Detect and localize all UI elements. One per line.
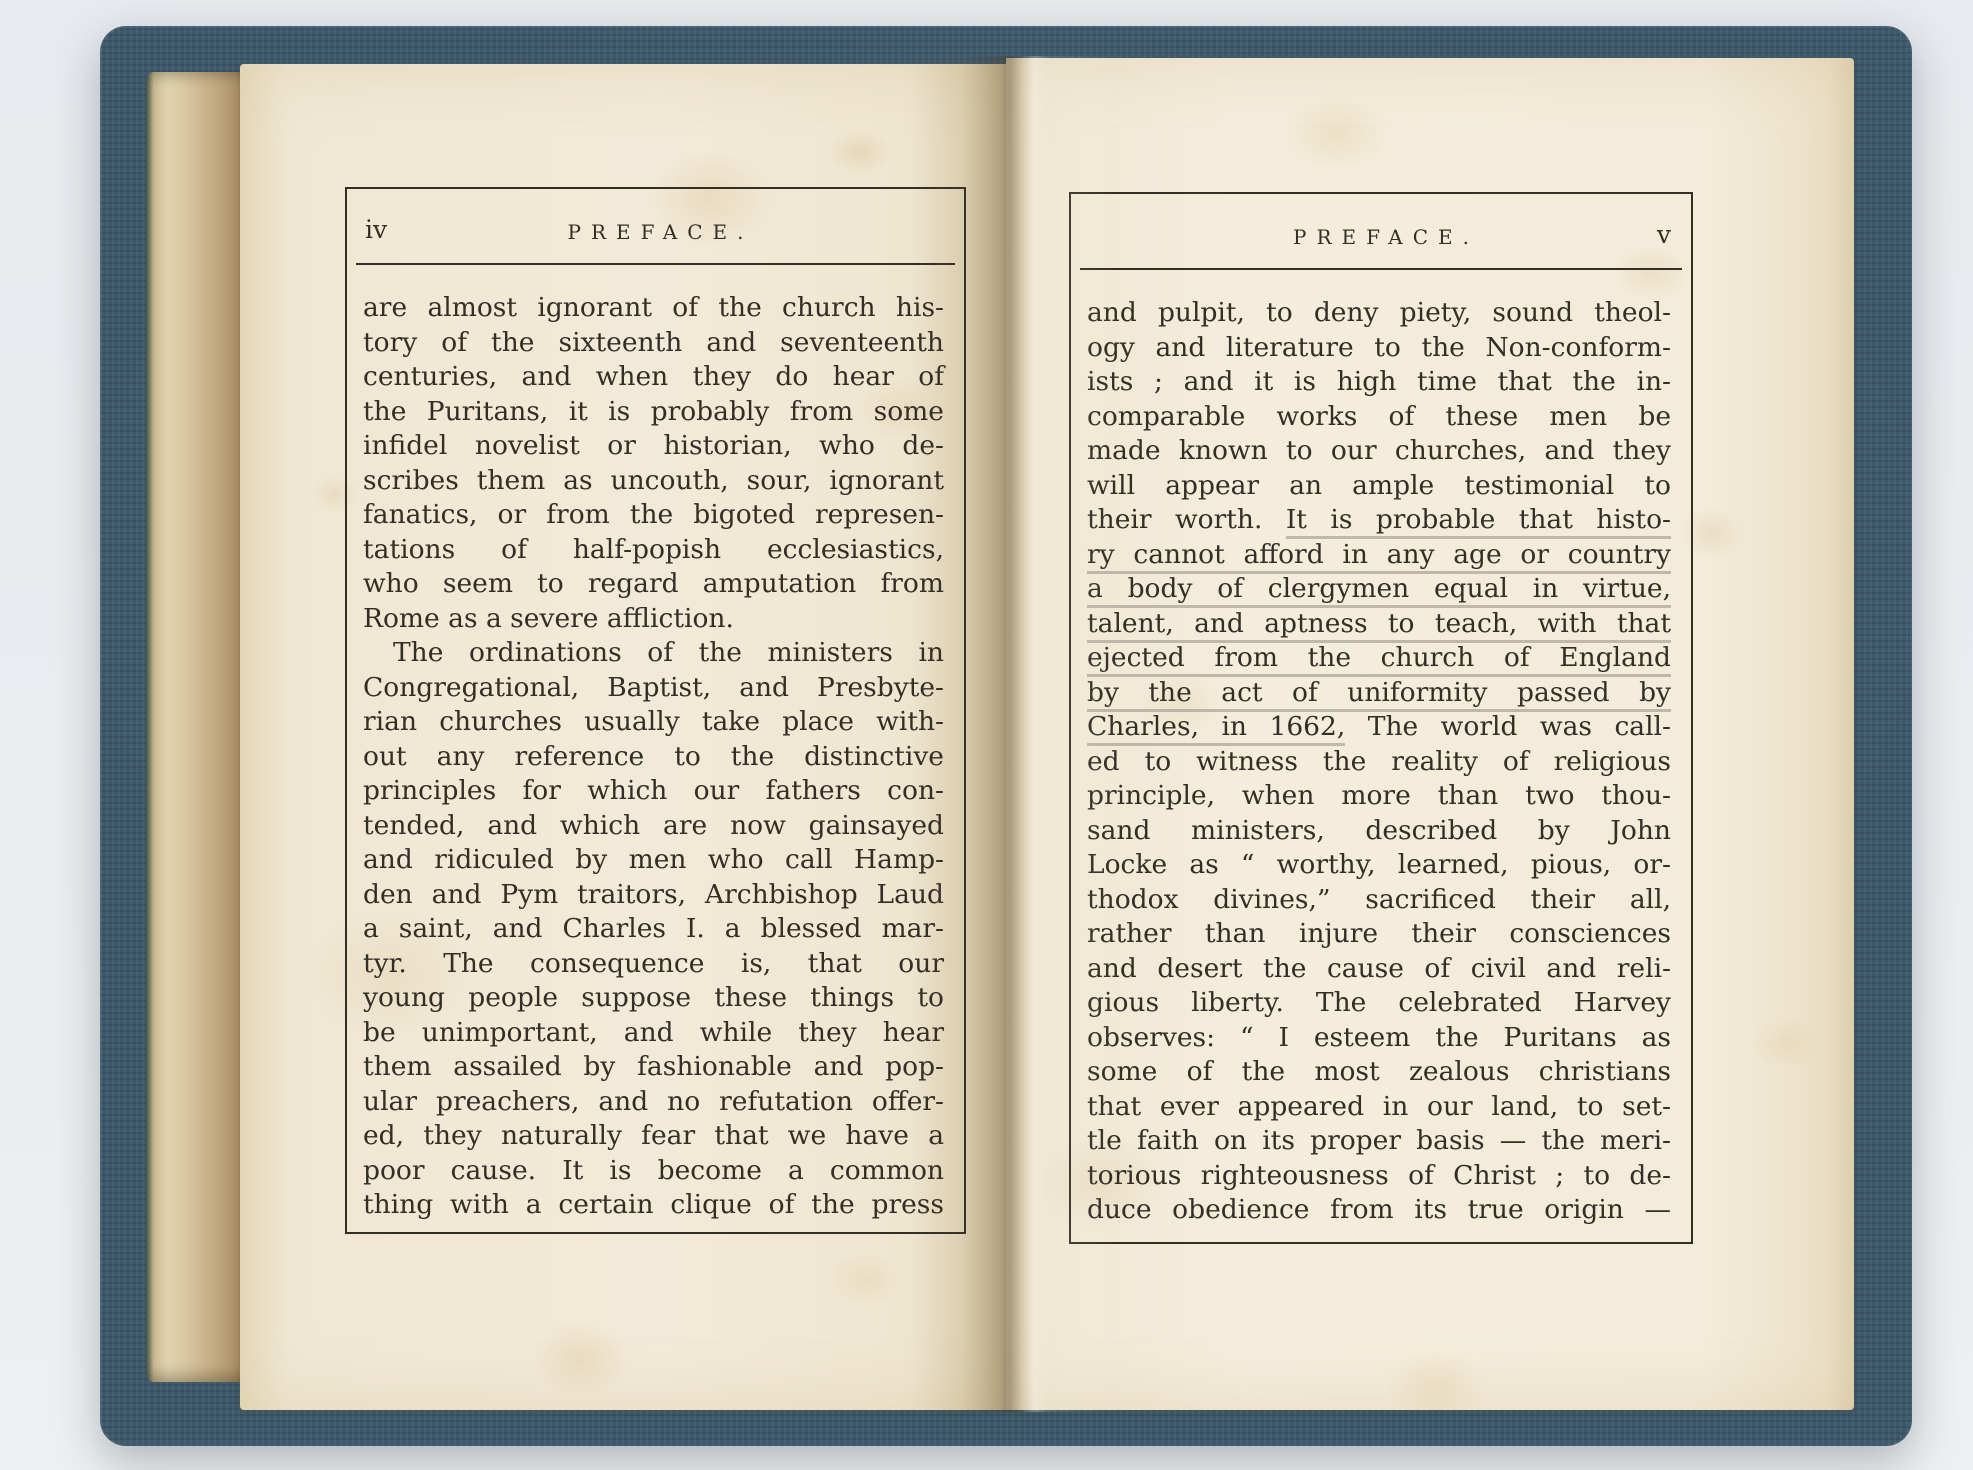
text-line: principles for which our fathers con- [363, 774, 944, 809]
text-line: tended, and which are now gainsayed [363, 809, 944, 844]
right-page-text: and pulpit, to deny piety, sound theol-o… [1071, 270, 1691, 1228]
text-line: Charles, in 1662, The world was call- [1087, 710, 1671, 745]
pencil-underlined-text: Charles, in 1662, [1087, 711, 1345, 746]
left-page-header: iv PREFACE. [347, 189, 964, 263]
text-line: young people suppose these things to [363, 981, 944, 1016]
text-line: will appear an ample testimonial to [1087, 469, 1671, 504]
text-line: Rome as a severe affliction. [363, 602, 944, 637]
pencil-underlined-text: by the act of uniformity passed by [1087, 677, 1671, 712]
photo-background: iv PREFACE. are almost ignorant of the c… [0, 0, 1973, 1470]
pencil-underlined-text: It is probable that histo- [1286, 504, 1671, 539]
text-line: who seem to regard amputation from [363, 567, 944, 602]
text-line: them assailed by fashionable and pop- [363, 1050, 944, 1085]
running-title: PREFACE. [347, 220, 964, 244]
text-line: principle, when more than two thou- [1087, 779, 1671, 814]
text-line: duce obedience from its true origin — [1087, 1193, 1671, 1228]
pencil-underlined-text: a body of clergymen equal in virtue, [1087, 573, 1671, 608]
text-line: fanatics, or from the bigoted represen- [363, 498, 944, 533]
right-text-frame: PREFACE. v and pulpit, to deny piety, so… [1069, 192, 1693, 1244]
text-line: made known to our churches, and they [1087, 434, 1671, 469]
text-line: tory of the sixteenth and seventeenth [363, 326, 944, 361]
right-page: PREFACE. v and pulpit, to deny piety, so… [1006, 58, 1854, 1410]
text-line: Congregational, Baptist, and Presbyte- [363, 671, 944, 706]
pencil-underlined-text: ry cannot afford in any age or country [1087, 539, 1671, 574]
page-number: v [1657, 222, 1671, 247]
text-line: ejected from the church of England [1087, 641, 1671, 676]
text-line: ry cannot afford in any age or country [1087, 538, 1671, 573]
book-cover: iv PREFACE. are almost ignorant of the c… [100, 26, 1912, 1446]
text-line: by the act of uniformity passed by [1087, 676, 1671, 711]
text-line: are almost ignorant of the church his- [363, 291, 944, 326]
pencil-underlined-text: talent, and aptness to teach, with that [1087, 608, 1671, 643]
text-line: a saint, and Charles I. a blessed mar- [363, 912, 944, 947]
text-line: a body of clergymen equal in virtue, [1087, 572, 1671, 607]
text-line: be unimportant, and while they hear [363, 1016, 944, 1051]
text-line: that ever appeared in our land, to set- [1087, 1090, 1671, 1125]
text-line: den and Pym traitors, Archbishop Laud [363, 878, 944, 913]
text-line: infidel novelist or historian, who de- [363, 429, 944, 464]
text-line: ed, they naturally fear that we have a [363, 1119, 944, 1154]
right-page-header: PREFACE. v [1071, 194, 1691, 268]
left-page: iv PREFACE. are almost ignorant of the c… [240, 64, 1006, 1410]
left-page-text: are almost ignorant of the church his-to… [347, 265, 964, 1223]
pencil-underlined-text: ejected from the church of England [1087, 642, 1671, 677]
text-line: some of the most zealous christians [1087, 1055, 1671, 1090]
text-line: out any reference to the distinctive [363, 740, 944, 775]
text-line: observes: “ I esteem the Puritans as [1087, 1021, 1671, 1056]
text-line: sand ministers, described by John [1087, 814, 1671, 849]
text-line: comparable works of these men be [1087, 400, 1671, 435]
text-line: tyr. The consequence is, that our [363, 947, 944, 982]
text-line: thing with a certain clique of the press [363, 1188, 944, 1223]
text-line: and desert the cause of civil and reli- [1087, 952, 1671, 987]
text-line: The ordinations of the ministers in [363, 636, 944, 671]
text-line: Locke as “ worthy, learned, pious, or- [1087, 848, 1671, 883]
text-line: ed to witness the reality of religious [1087, 745, 1671, 780]
left-text-frame: iv PREFACE. are almost ignorant of the c… [345, 187, 966, 1234]
running-title: PREFACE. [1071, 225, 1691, 249]
text-line: talent, and aptness to teach, with that [1087, 607, 1671, 642]
text-line: torious righteousness of Christ ; to de- [1087, 1159, 1671, 1194]
text-line: gious liberty. The celebrated Harvey [1087, 986, 1671, 1021]
text-line: ogy and literature to the Non-conform- [1087, 331, 1671, 366]
text-line: tations of half-popish ecclesiastics, [363, 533, 944, 568]
text-line: ists ; and it is high time that the in- [1087, 365, 1671, 400]
text-line: ular preachers, and no refutation offer- [363, 1085, 944, 1120]
text-line: rian churches usually take place with- [363, 705, 944, 740]
text-line: scribes them as uncouth, sour, ignorant [363, 464, 944, 499]
text-line: poor cause. It is become a common [363, 1154, 944, 1189]
text-line: their worth. It is probable that histo- [1087, 503, 1671, 538]
text-line: and pulpit, to deny piety, sound theol- [1087, 296, 1671, 331]
text-line: and ridiculed by men who call Hamp- [363, 843, 944, 878]
text-line: rather than injure their consciences [1087, 917, 1671, 952]
text-line: thodox divines,” sacrificed their all, [1087, 883, 1671, 918]
text-line: centuries, and when they do hear of [363, 360, 944, 395]
text-line: tle faith on its proper basis — the meri… [1087, 1124, 1671, 1159]
text-line: the Puritans, it is probably from some [363, 395, 944, 430]
